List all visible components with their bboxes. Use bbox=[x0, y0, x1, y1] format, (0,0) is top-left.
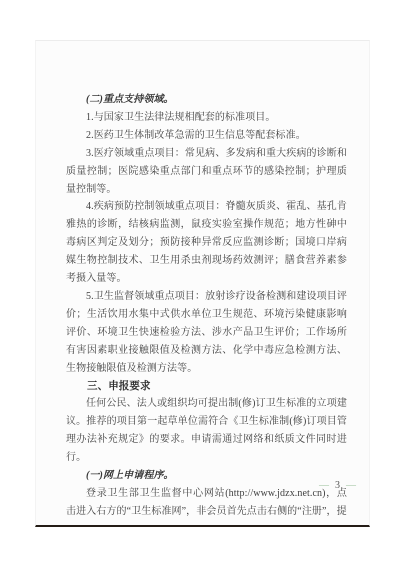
section-heading-3: 三、申报要求 bbox=[66, 378, 347, 396]
list-item-5: 5.卫生监督领域重点项目：放射诊疗设备检测和建设项目评价；生活饮用水集中式供水单… bbox=[66, 288, 347, 378]
list-item-4: 4.疾病预防控制领域重点项目：脊髓灰质炎、霍乱、基孔肯雅热的诊断，结核病监测，鼠… bbox=[66, 198, 347, 288]
list-item-3: 3.医疗领域重点项目：常见病、多发病和重大疾病的诊断和质量控制；医院感染重点部门… bbox=[66, 145, 347, 199]
scanned-document-canvas: (二)重点支持领域。 1.与国家卫生法律法规相配套的标准项目。 2.医药卫生体制… bbox=[0, 0, 400, 566]
page-number: —3— bbox=[318, 481, 357, 491]
section-heading-2: (二)重点支持领域。 bbox=[66, 91, 347, 109]
online-procedure-paragraph: 登录卫生部卫生监督中心网站(http://www.jdzx.net.cn)，点击… bbox=[66, 485, 347, 521]
page-number-dash-right: — bbox=[345, 480, 357, 491]
page-number-value: 3 bbox=[330, 480, 345, 491]
document-page: (二)重点支持领域。 1.与国家卫生法律法规相配套的标准项目。 2.医药卫生体制… bbox=[35, 40, 370, 527]
list-item-1: 1.与国家卫生法律法规相配套的标准项目。 bbox=[66, 109, 347, 127]
page-number-dash-left: — bbox=[318, 480, 330, 491]
requirements-paragraph: 任何公民、法人或组织均可提出制(修)订卫生标准的立项建议。推荐的项目第一起草单位… bbox=[66, 395, 347, 467]
list-item-2: 2.医药卫生体制改革急需的卫生信息等配套标准。 bbox=[66, 127, 347, 145]
document-text-block: (二)重点支持领域。 1.与国家卫生法律法规相配套的标准项目。 2.医药卫生体制… bbox=[66, 91, 347, 521]
subsection-heading-1: (一)网上申请程序。 bbox=[66, 467, 347, 485]
